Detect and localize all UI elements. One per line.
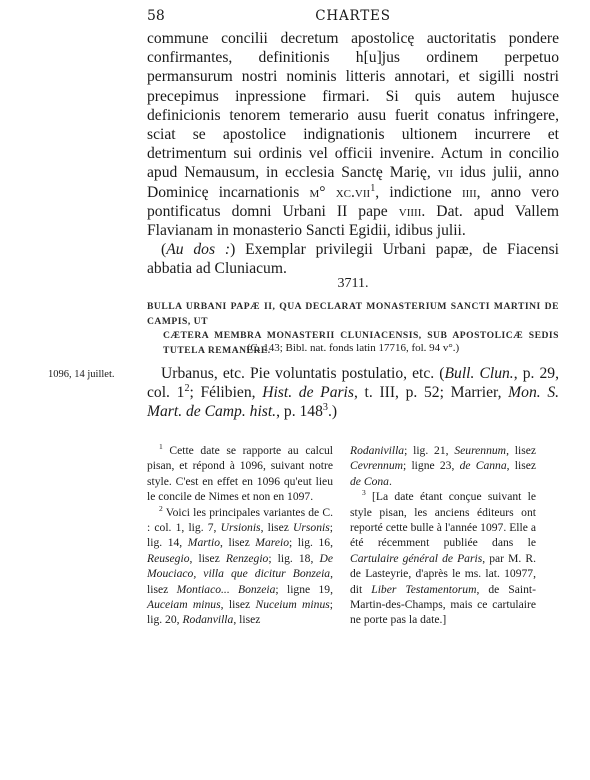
dorsal-note: (Au dos :) Exemplar privilegii Urbani pa… [147,240,559,278]
document-number: 3711. [147,276,559,292]
book-page: 58 CHARTES commune concilii decretum apo… [0,0,590,780]
document-entry: Urbanus, etc. Pie voluntatis postulatio,… [147,364,559,422]
small-caps-year: m° xc.vii [309,184,370,201]
footnotes-left-column: 1 Cette date se rapporte au calcul pisan… [147,443,333,628]
source-citation: (C. 143; Bibl. nat. fonds latin 17716, f… [147,342,559,354]
footnote-1: 1 Cette date se rapporte au calcul pisan… [147,443,333,505]
charter-paragraph: commune concilii decretum apostolicę auc… [147,29,559,240]
footnote-2: 2 Voici les principales variantes de C. … [147,505,333,628]
small-caps-pontificate: viiii [399,203,422,220]
footnotes-right-column: Rodanivilla; lig. 21, Seurennum, lisez C… [350,443,536,628]
small-caps-indiction: iiii [462,184,477,201]
footnote-3: 3 [La date étant conçue suivant le style… [350,489,536,628]
charter-text-continuation: commune concilii decretum apostolicę auc… [147,29,559,279]
margin-date: 1096, 14 juillet. [48,369,115,380]
small-caps-date: vii [438,164,453,181]
footnote-2-continued: Rodanivilla; lig. 21, Seurennum, lisez C… [350,443,536,489]
rubric-line-1: Bulla Urbani papæ II, qua declarat monas… [147,301,559,327]
running-header: 58 CHARTES [147,8,559,28]
running-title: CHARTES [147,8,559,24]
dorsal-label: Au dos : [166,241,230,258]
